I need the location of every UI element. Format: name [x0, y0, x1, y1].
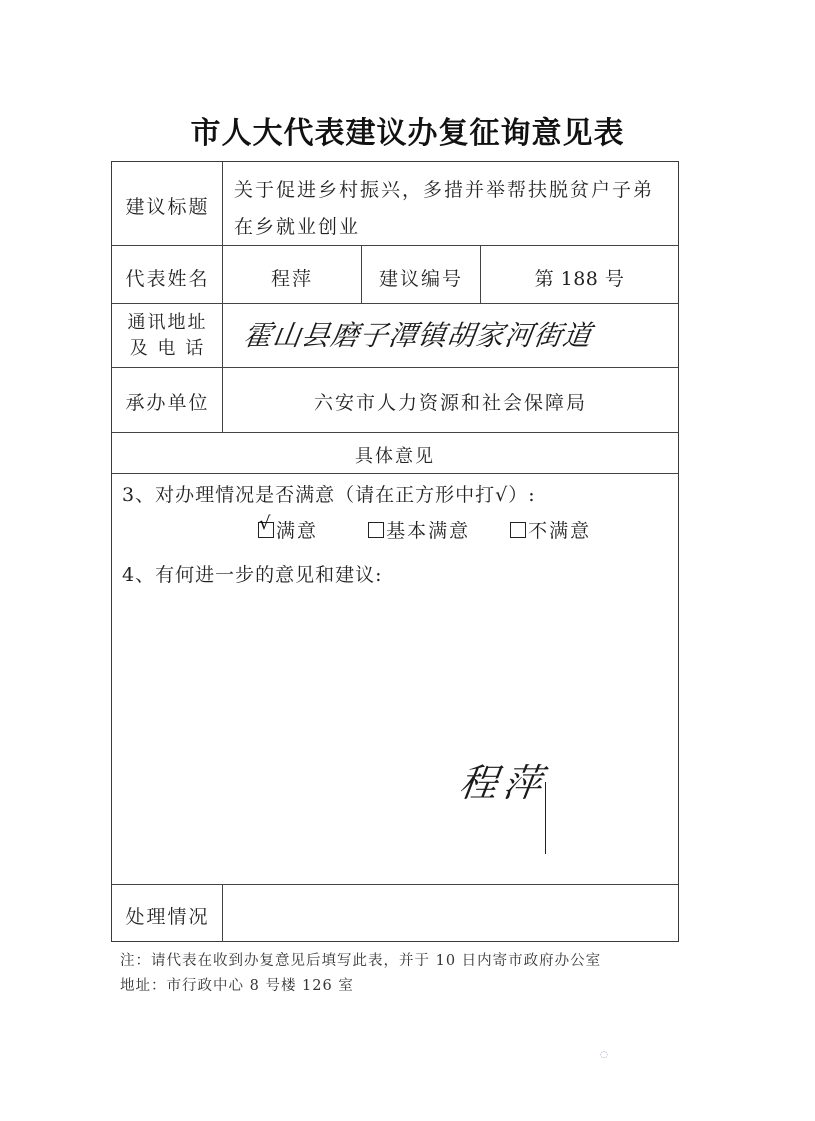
row-divider: [112, 884, 678, 885]
checkbox-satisfied[interactable]: √: [258, 522, 274, 538]
suggestion-number-value: 第 188 号: [481, 264, 678, 291]
suggestion-title-line2: 在乡就业创业: [234, 212, 360, 239]
footer-note: 注：请代表在收到办复意见后填写此表，并于 10 日内寄市政府办公室: [120, 949, 601, 970]
signature-text: 程萍: [456, 752, 552, 807]
contact-label-line1: 通讯地址: [112, 308, 223, 334]
handling-unit-value: 六安市人力资源和社会保障局: [223, 388, 678, 415]
suggestion-title-line1: 关于促进乡村振兴，多措并举帮扶脱贫户子弟: [234, 175, 654, 202]
option-satisfied[interactable]: √满意: [258, 516, 318, 543]
option-unsatisfied-label: 不满意: [528, 520, 591, 542]
checkbox-basically-satisfied[interactable]: [368, 522, 384, 538]
question-4: 4、有何进一步的意见和建议:: [122, 560, 383, 587]
satisfaction-options: √满意 基本满意 不满意: [258, 516, 591, 543]
suggestion-number-label: 建议编号: [362, 264, 480, 291]
option-unsatisfied[interactable]: 不满意: [510, 516, 591, 543]
processing-label: 处理情况: [112, 902, 223, 929]
check-mark-icon: √: [259, 515, 272, 533]
option-basically-satisfied[interactable]: 基本满意: [368, 516, 470, 543]
option-basically-satisfied-label: 基本满意: [386, 520, 470, 542]
signature: 程萍: [460, 752, 570, 857]
row-divider: [112, 303, 678, 304]
option-satisfied-label: 满意: [276, 520, 318, 542]
question-3: 3、对办理情况是否满意（请在正方形中打√）:: [122, 480, 536, 507]
contact-address-handwritten: 霍山县磨子潭镇胡家河街道: [241, 314, 595, 354]
handling-unit-label: 承办单位: [112, 388, 223, 415]
contact-label-line2: 及 电 话: [112, 334, 223, 360]
signature-stroke: [545, 782, 546, 854]
feedback-form-table: 建议标题 关于促进乡村振兴，多措并举帮扶脱贫户子弟 在乡就业创业 代表姓名 程萍…: [111, 161, 679, 942]
suggestion-title-label: 建议标题: [112, 192, 223, 219]
footer-address: 地址：市行政中心 8 号楼 126 室: [120, 974, 354, 995]
row-divider: [112, 367, 678, 368]
representative-name-label: 代表姓名: [112, 264, 223, 291]
row-divider: [112, 245, 678, 246]
row-divider: [112, 432, 678, 433]
page-title: 市人大代表建议办复征询意见表: [0, 108, 815, 152]
opinions-header: 具体意见: [112, 442, 678, 468]
processing-value[interactable]: [234, 902, 664, 926]
checkbox-unsatisfied[interactable]: [510, 522, 526, 538]
scan-artifact-mark: ◌: [600, 1050, 608, 1060]
row-divider: [112, 473, 678, 474]
representative-name-value: 程萍: [223, 264, 361, 291]
